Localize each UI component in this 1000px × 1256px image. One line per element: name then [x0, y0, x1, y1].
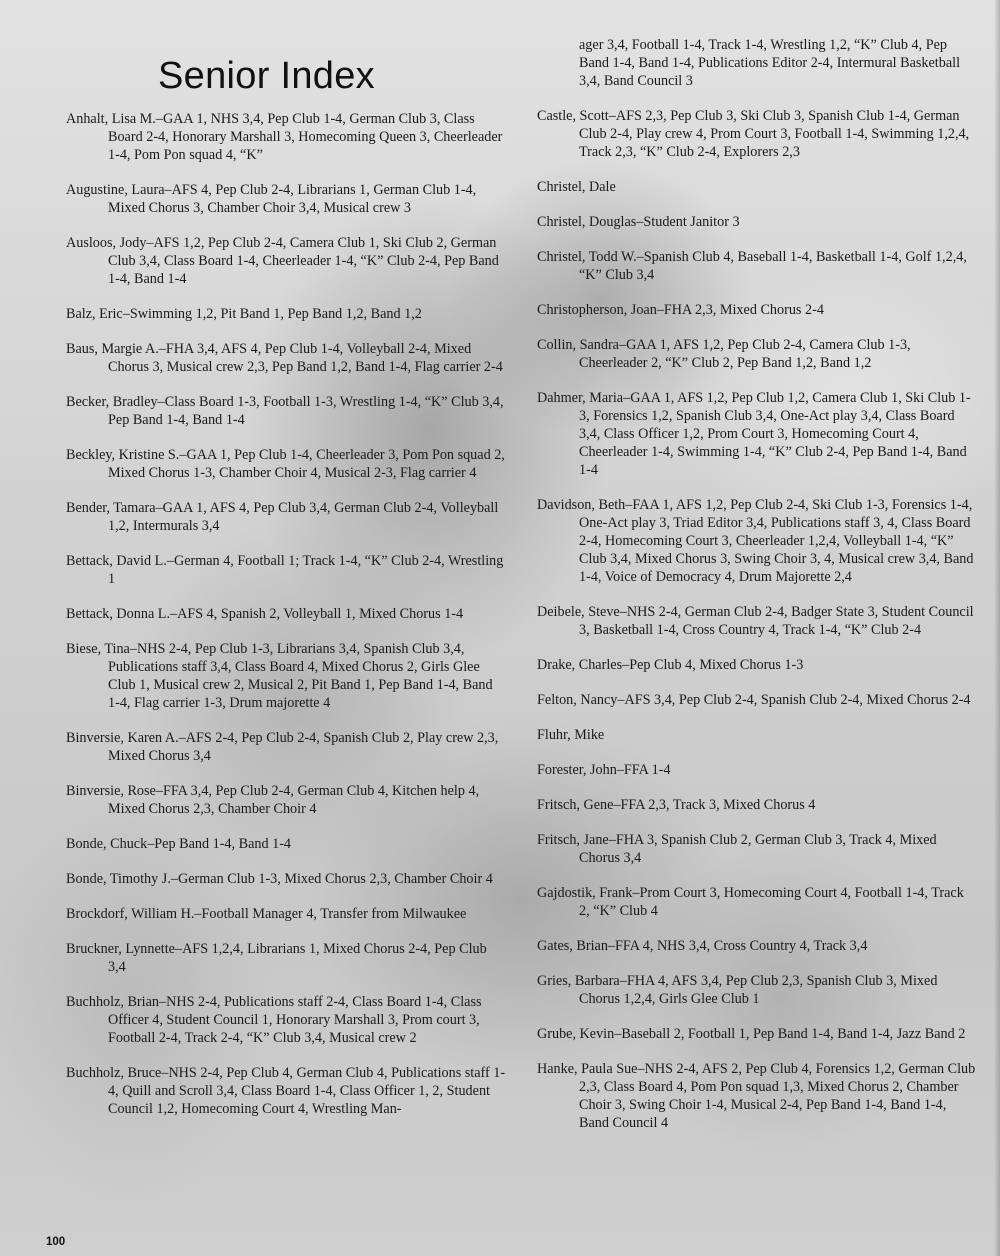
dash-separator: – [179, 730, 186, 746]
student-activities: FHA 3, Spanish Club 2, German Club 3, Tr… [579, 832, 937, 866]
student-name: Buchholz, Brian [66, 994, 159, 1010]
student-activities: Football Manager 4, Transfer from Milwau… [202, 906, 467, 922]
student-name: Augustine, Laura [66, 182, 165, 198]
student-activities: GAA 1, AFS 4, Pep Club 3,4, German Club … [108, 500, 498, 534]
index-entry: Brockdorf, William H.–Football Manager 4… [66, 905, 506, 923]
student-name: Deibele, Steve [537, 604, 620, 620]
continued-entry: ager 3,4, Football 1-4, Track 1-4, Wrest… [537, 36, 977, 90]
student-name: Buchholz, Bruce [66, 1065, 161, 1081]
student-activities: AFS 4, Spanish 2, Volleyball 1, Mixed Ch… [177, 606, 463, 622]
dash-separator: – [637, 249, 644, 265]
index-entry: Castle, Scott–AFS 2,3, Pep Club 3, Ski C… [537, 107, 977, 161]
student-name: Forester, John [537, 762, 617, 778]
student-name: Felton, Nancy [537, 692, 617, 708]
student-name: Grube, Kevin [537, 1026, 614, 1042]
dash-separator: – [637, 1061, 644, 1077]
student-name: Becker, Bradley [66, 394, 158, 410]
student-name: Bonde, Chuck [66, 836, 147, 852]
student-name: Bonde, Timothy J. [66, 871, 171, 887]
student-name: Balz, Eric [66, 306, 123, 322]
page-title: Senior Index [158, 55, 375, 98]
student-activities: FFA 4, NHS 3,4, Cross Country 4, Track 3… [615, 938, 867, 954]
page-number: 100 [46, 1236, 65, 1248]
dash-separator: – [617, 762, 624, 778]
index-entry: Bender, Tamara–GAA 1, AFS 4, Pep Club 3,… [66, 499, 506, 535]
right-column: ager 3,4, Football 1-4, Track 1-4, Wrest… [537, 36, 977, 1149]
dash-separator: – [609, 108, 616, 124]
dash-separator: – [613, 797, 620, 813]
index-entry: Anhalt, Lisa M.–GAA 1, NHS 3,4, Pep Club… [66, 110, 506, 164]
index-entry: Augustine, Laura–AFS 4, Pep Club 2-4, Li… [66, 181, 506, 217]
dash-separator: – [156, 783, 163, 799]
index-entry: Gries, Barbara–FHA 4, AFS 3,4, Pep Club … [537, 972, 977, 1008]
student-activities: FFA 3,4, Pep Club 2-4, German Club 4, Ki… [108, 783, 479, 817]
student-name: Davidson, Beth [537, 497, 625, 513]
student-name: Fluhr, Mike [537, 727, 604, 743]
student-name: Dahmer, Maria [537, 390, 623, 406]
index-entry: Bruckner, Lynnette–AFS 1,2,4, Librarians… [66, 940, 506, 976]
student-activities: FAA 1, AFS 1,2, Pep Club 2-4, Ski Club 1… [579, 497, 973, 585]
index-entry: Buchholz, Brian–NHS 2-4, Publications st… [66, 993, 506, 1047]
left-column: Anhalt, Lisa M.–GAA 1, NHS 3,4, Pep Club… [66, 110, 506, 1135]
index-entry: Bonde, Timothy J.–German Club 1-3, Mixed… [66, 870, 506, 888]
yearbook-page: Senior Index Anhalt, Lisa M.–GAA 1, NHS … [0, 0, 1000, 1256]
dash-separator: – [158, 394, 165, 410]
student-activities: FHA 2,3, Mixed Chorus 2-4 [664, 302, 824, 318]
index-entry: Baus, Margie A.–FHA 3,4, AFS 4, Pep Club… [66, 340, 506, 376]
student-name: Biese, Tina [66, 641, 130, 657]
dash-separator: – [609, 832, 616, 848]
student-activities: Baseball 2, Football 1, Pep Band 1-4, Ba… [621, 1026, 965, 1042]
index-entry: Fluhr, Mike [537, 726, 977, 744]
student-name: Hanke, Paula Sue [537, 1061, 637, 1077]
index-entry: Fritsch, Gene–FFA 2,3, Track 3, Mixed Ch… [537, 796, 977, 814]
student-name: Beckley, Kristine S. [66, 447, 179, 463]
student-activities: GAA 1, AFS 1,2, Pep Club 1,2, Camera Clu… [579, 390, 971, 478]
index-entry: Collin, Sandra–GAA 1, AFS 1,2, Pep Club … [537, 336, 977, 372]
index-entry: Hanke, Paula Sue–NHS 2-4, AFS 2, Pep Clu… [537, 1060, 977, 1132]
student-activities: FFA 2,3, Track 3, Mixed Chorus 4 [621, 797, 816, 813]
dash-separator: – [171, 871, 178, 887]
index-entry: Christel, Dale [537, 178, 977, 196]
student-activities: FFA 1-4 [624, 762, 671, 778]
index-entry: Bettack, David L.–German 4, Football 1; … [66, 552, 506, 588]
dash-separator: – [608, 938, 615, 954]
student-name: Bettack, Donna L. [66, 606, 170, 622]
dash-separator: – [156, 500, 163, 516]
dash-separator: – [175, 941, 182, 957]
dash-separator: – [156, 111, 163, 127]
student-activities: GAA 1, NHS 3,4, Pep Club 1-4, German Clu… [108, 111, 502, 163]
student-name: Drake, Charles [537, 657, 622, 673]
index-entry: Gates, Brian–FFA 4, NHS 3,4, Cross Count… [537, 937, 977, 955]
index-entry: Christel, Todd W.–Spanish Club 4, Baseba… [537, 248, 977, 284]
index-entry: Fritsch, Jane–FHA 3, Spanish Club 2, Ger… [537, 831, 977, 867]
index-entry: Bonde, Chuck–Pep Band 1-4, Band 1-4 [66, 835, 506, 853]
dash-separator: – [194, 906, 201, 922]
student-name: Brockdorf, William H. [66, 906, 194, 922]
dash-separator: – [130, 641, 137, 657]
student-activities: Class Board 1-3, Football 1-3, Wrestling… [108, 394, 504, 428]
student-name: Bender, Tamara [66, 500, 156, 516]
student-name: Fritsch, Jane [537, 832, 609, 848]
student-activities: FHA 4, AFS 3,4, Pep Club 2,3, Spanish Cl… [579, 973, 937, 1007]
student-activities: GAA 1, AFS 1,2, Pep Club 2-4, Camera Clu… [579, 337, 911, 371]
page-edge-shadow [994, 0, 1000, 1256]
index-entry: Deibele, Steve–NHS 2-4, German Club 2-4,… [537, 603, 977, 639]
student-activities: FHA 3,4, AFS 4, Pep Club 1-4, Volleyball… [108, 341, 503, 375]
index-entry: Becker, Bradley–Class Board 1-3, Footbal… [66, 393, 506, 429]
student-activities: AFS 2,3, Pep Club 3, Ski Club 3, Spanish… [579, 108, 969, 160]
student-activities: Pep Band 1-4, Band 1-4 [154, 836, 291, 852]
student-name: Christel, Douglas [537, 214, 636, 230]
dash-separator: – [146, 235, 153, 251]
dash-separator: – [619, 337, 626, 353]
dash-separator: – [159, 341, 166, 357]
index-entry: Forester, John–FFA 1-4 [537, 761, 977, 779]
dash-separator: – [167, 553, 174, 569]
student-name: Baus, Margie A. [66, 341, 159, 357]
student-name: Binversie, Rose [66, 783, 156, 799]
student-name: Bruckner, Lynnette [66, 941, 175, 957]
dash-separator: – [123, 306, 130, 322]
index-entry: Drake, Charles–Pep Club 4, Mixed Chorus … [537, 656, 977, 674]
index-entry: Christel, Douglas–Student Janitor 3 [537, 213, 977, 231]
index-entry: Balz, Eric–Swimming 1,2, Pit Band 1, Pep… [66, 305, 506, 323]
index-entry: Bettack, Donna L.–AFS 4, Spanish 2, Voll… [66, 605, 506, 623]
student-activities: NHS 2-4, Pep Club 1-3, Librarians 3,4, S… [108, 641, 493, 711]
index-entry: Beckley, Kristine S.–GAA 1, Pep Club 1-4… [66, 446, 506, 482]
student-name: Bettack, David L. [66, 553, 167, 569]
index-entry: Christopherson, Joan–FHA 2,3, Mixed Chor… [537, 301, 977, 319]
student-name: Castle, Scott [537, 108, 609, 124]
index-entry: Biese, Tina–NHS 2-4, Pep Club 1-3, Libra… [66, 640, 506, 712]
index-entry: Ausloos, Jody–AFS 1,2, Pep Club 2-4, Cam… [66, 234, 506, 288]
student-activities: AFS 3,4, Pep Club 2-4, Spanish Club 2-4,… [624, 692, 970, 708]
student-name: Christopherson, Joan [537, 302, 657, 318]
student-name: Gries, Barbara [537, 973, 620, 989]
student-name: Anhalt, Lisa M. [66, 111, 156, 127]
student-name: Fritsch, Gene [537, 797, 613, 813]
index-entry: Binversie, Karen A.–AFS 2-4, Pep Club 2-… [66, 729, 506, 765]
index-entry: Felton, Nancy–AFS 3,4, Pep Club 2-4, Spa… [537, 691, 977, 709]
dash-separator: – [165, 182, 172, 198]
index-entry: Grube, Kevin–Baseball 2, Football 1, Pep… [537, 1025, 977, 1043]
index-entry: Binversie, Rose–FFA 3,4, Pep Club 2-4, G… [66, 782, 506, 818]
index-entry: Gajdostik, Frank–Prom Court 3, Homecomin… [537, 884, 977, 920]
student-name: Collin, Sandra [537, 337, 619, 353]
dash-separator: – [657, 302, 664, 318]
index-entry: Davidson, Beth–FAA 1, AFS 1,2, Pep Club … [537, 496, 977, 586]
student-name: Christel, Todd W. [537, 249, 637, 265]
index-entry: Dahmer, Maria–GAA 1, AFS 1,2, Pep Club 1… [537, 389, 977, 479]
dash-separator: – [620, 604, 627, 620]
student-activities: Swimming 1,2, Pit Band 1, Pep Band 1,2, … [130, 306, 422, 322]
student-name: Ausloos, Jody [66, 235, 146, 251]
dash-separator: – [620, 973, 627, 989]
student-activities: NHS 2-4, German Club 2-4, Badger State 3… [579, 604, 974, 638]
student-name: Binversie, Karen A. [66, 730, 179, 746]
student-activities: German Club 1-3, Mixed Chorus 2,3, Chamb… [178, 871, 493, 887]
student-activities: NHS 2-4, Pep Club 4, German Club 4, Publ… [108, 1065, 505, 1117]
index-entry: Buchholz, Bruce–NHS 2-4, Pep Club 4, Ger… [66, 1064, 506, 1118]
student-name: Gajdostik, Frank [537, 885, 632, 901]
student-name: Christel, Dale [537, 179, 616, 195]
student-name: Gates, Brian [537, 938, 608, 954]
student-activities: Pep Club 4, Mixed Chorus 1-3 [629, 657, 803, 673]
student-activities: AFS 1,2, Pep Club 2-4, Camera Club 1, Sk… [108, 235, 499, 287]
student-activities: Student Janitor 3 [643, 214, 739, 230]
